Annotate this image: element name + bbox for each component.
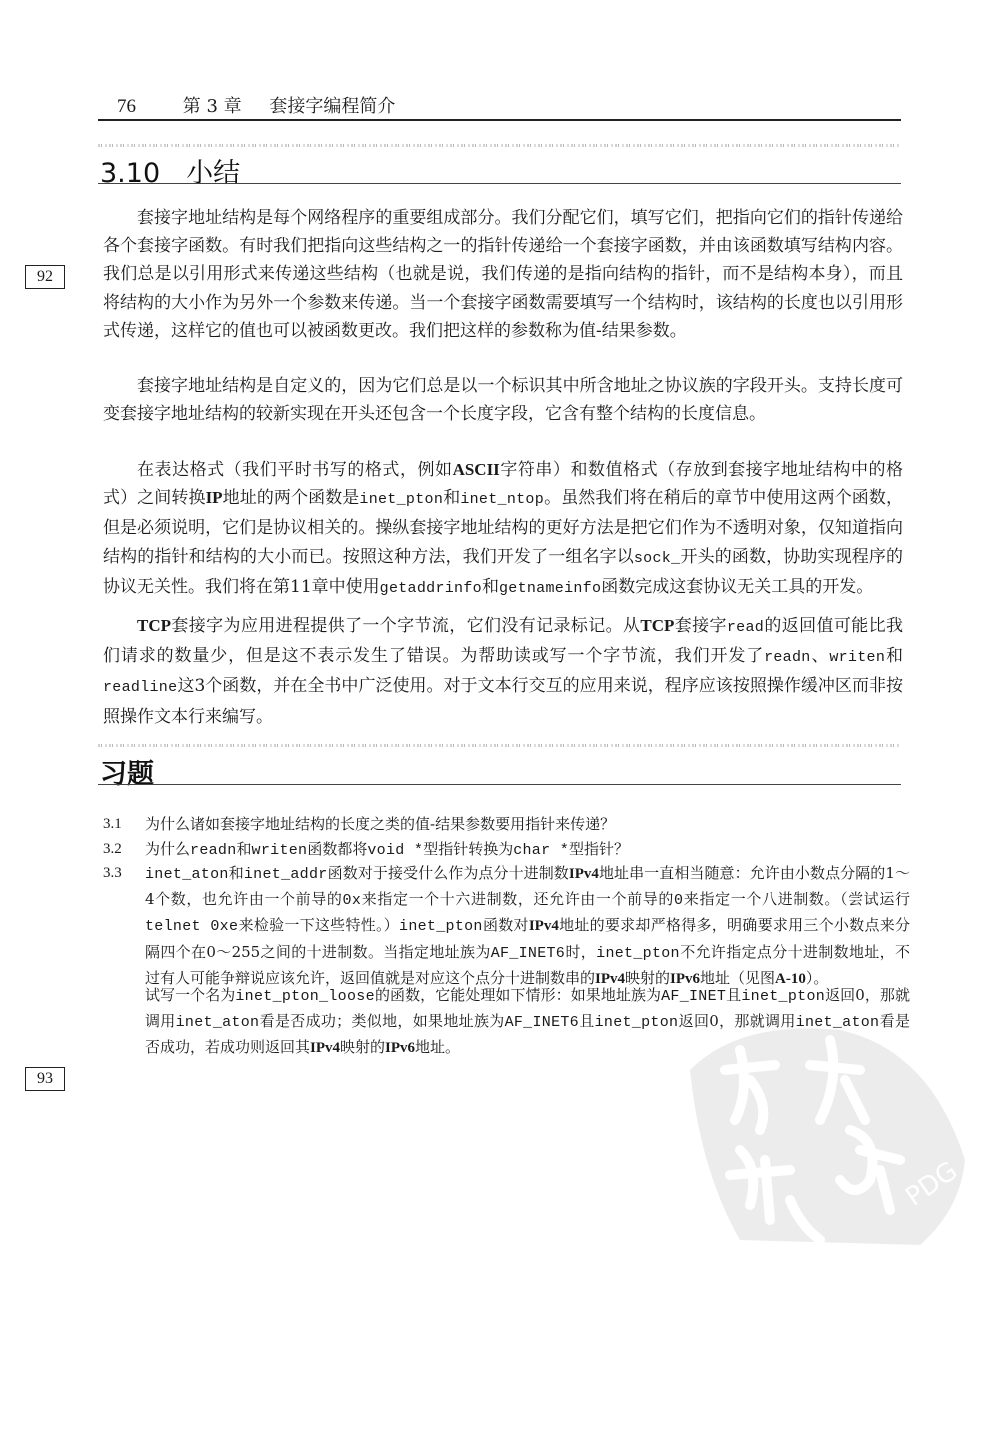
code-identifier: inet_aton xyxy=(796,1014,880,1031)
code-identifier: inet_pton xyxy=(741,988,825,1005)
latin-term: TCP xyxy=(640,616,674,635)
code-identifier: inet_ntop xyxy=(460,491,544,508)
text-run: 看是否成功；类似地，如果地址族为 xyxy=(259,1012,504,1030)
text-run: 为什么 xyxy=(145,840,190,858)
code-identifier: inet_pton xyxy=(595,1014,679,1031)
chapter-label: 第 3 章 xyxy=(183,92,242,118)
code-identifier: readn xyxy=(764,649,811,666)
text-run: 函数对于接受什么作为点分十进制数 xyxy=(328,864,569,882)
code-identifier: telnet 0xe xyxy=(145,918,238,935)
section-rule xyxy=(98,784,901,785)
exercise-text: 为什么readn和writen函数都将void *型指针转换为char *型指针… xyxy=(145,837,910,863)
text-run: 套接字 xyxy=(674,616,726,636)
latin-term: IPv4 xyxy=(529,918,559,934)
text-run: 套接字地址结构是每个网络程序的重要组成部分。我们分配它们，填写它们，把指向它们的… xyxy=(103,208,903,341)
text-run: 映射的 xyxy=(340,1038,385,1056)
text-run: 来检验一下这些特性。） xyxy=(238,916,399,934)
code-identifier: AF_INET6 xyxy=(491,945,565,962)
code-identifier: void * xyxy=(367,842,423,859)
text-run: 且 xyxy=(726,986,741,1004)
text-run: 和 xyxy=(237,840,252,858)
exercise-text: inet_aton和inet_addr函数对于接受什么作为点分十进制数IPv4地… xyxy=(145,861,910,991)
exercises-heading: 习题 xyxy=(100,752,154,791)
text-run: 和 xyxy=(443,488,460,508)
code-identifier: inet_pton_loose xyxy=(235,988,375,1005)
text-run: 地址。 xyxy=(415,1038,460,1056)
text-run: 这3个函数，并在全书中广泛使用。对于文本行交互的应用来说，程序应该按照操作缓冲区… xyxy=(103,676,903,726)
text-run: 在表达格式（我们平时书写的格式，例如 xyxy=(137,460,453,480)
exercise-number: 3.3 xyxy=(103,861,122,885)
watermark-label: PDG xyxy=(900,1156,963,1213)
section-rule xyxy=(98,183,901,184)
code-identifier: inet_aton xyxy=(145,866,229,883)
chapter-title: 套接字编程简介 xyxy=(269,96,395,117)
code-identifier: inet_pton xyxy=(399,918,483,935)
latin-term: IPv6 xyxy=(385,1040,415,1056)
latin-term: IP xyxy=(206,488,223,507)
text-run: 时， xyxy=(565,943,596,961)
latin-term: TCP xyxy=(137,616,171,635)
code-identifier: writen xyxy=(829,649,885,666)
text-run: 试写一个名为 xyxy=(145,986,235,1004)
code-identifier: inet_addr xyxy=(244,866,328,883)
text-run: 、 xyxy=(811,646,830,666)
text-run: 返回0，那就调用 xyxy=(678,1012,795,1030)
summary-paragraph: 套接字地址结构是每个网络程序的重要组成部分。我们分配它们，填写它们，把指向它们的… xyxy=(103,204,903,345)
exercise-continuation: 试写一个名为inet_pton_loose的函数，它能处理如下情形：如果地址族为… xyxy=(145,983,910,1061)
section-heading: 3.10小结 xyxy=(100,151,240,190)
text-run: 函数完成这套协议无关工具的开发。 xyxy=(601,577,873,597)
text-run: 型指针？ xyxy=(569,840,629,858)
code-identifier: AF_INET xyxy=(661,988,726,1005)
text-run: 和 xyxy=(885,646,903,666)
latin-term: ASCII xyxy=(453,460,500,479)
code-identifier: inet_pton xyxy=(359,491,443,508)
latin-term: IPv4 xyxy=(310,1040,340,1056)
latin-term: IPv4 xyxy=(569,866,599,882)
section-divider xyxy=(98,744,901,747)
text-run: 且 xyxy=(579,1012,595,1030)
code-identifier: getnameinfo xyxy=(499,580,601,597)
text-run: 函数都将 xyxy=(307,840,367,858)
code-identifier: readline xyxy=(103,679,177,696)
summary-paragraph: 套接字地址结构是自定义的，因为它们总是以一个标识其中所含地址之协议族的字段开头。… xyxy=(103,372,903,428)
text-run: 地址的两个函数是 xyxy=(223,488,360,508)
section-number: 3.10 xyxy=(100,158,160,189)
code-identifier: readn xyxy=(190,842,237,859)
code-identifier: inet_aton xyxy=(176,1014,260,1031)
text-run: 套接字地址结构是自定义的，因为它们总是以一个标识其中所含地址之协议族的字段开头。… xyxy=(103,376,903,424)
running-head: 76 第 3 章 套接字编程简介 xyxy=(117,92,395,118)
section-title: 小结 xyxy=(186,158,240,189)
margin-page-ref: 93 xyxy=(25,1067,65,1091)
code-identifier: writen xyxy=(252,842,308,859)
text-run: 和 xyxy=(229,864,244,882)
summary-paragraph: TCP套接字为应用进程提供了一个字节流，它们没有记录标记。从TCP套接字read… xyxy=(103,612,903,731)
code-identifier: sock_ xyxy=(634,550,681,567)
page-number: 76 xyxy=(117,96,177,118)
code-identifier: inet_pton xyxy=(596,945,680,962)
text-run: 为什么诸如套接字地址结构的长度之类的值-结果参数要用指针来传递？ xyxy=(145,815,615,833)
exercise-number: 3.2 xyxy=(103,837,122,861)
header-rule xyxy=(98,119,901,121)
text-run: 的函数，它能处理如下情形：如果地址族为 xyxy=(375,986,661,1004)
code-identifier: getaddrinfo xyxy=(380,580,482,597)
text-run: 函数对 xyxy=(483,916,529,934)
section-divider xyxy=(98,144,901,147)
exercise-number: 3.1 xyxy=(103,812,122,836)
code-identifier: read xyxy=(727,619,764,636)
code-identifier: char * xyxy=(513,842,569,859)
text-run: 和 xyxy=(482,577,499,597)
text-run: 套接字为应用进程提供了一个字节流，它们没有记录标记。从 xyxy=(171,616,640,636)
text-run: 来指定一个十六进制数，还允许由一个前导的 xyxy=(361,890,674,908)
code-identifier: AF_INET6 xyxy=(505,1014,579,1031)
margin-page-ref: 92 xyxy=(25,265,65,289)
text-run: 型指针转换为 xyxy=(423,840,513,858)
code-identifier: 0x xyxy=(343,892,362,909)
text-run: 来指定一个八进制数。（尝试运行 xyxy=(683,890,910,908)
exercise-text: 为什么诸如套接字地址结构的长度之类的值-结果参数要用指针来传递？ xyxy=(145,812,910,836)
summary-paragraph: 在表达格式（我们平时书写的格式，例如ASCII字符串）和数值格式（存放到套接字地… xyxy=(103,456,903,603)
code-identifier: 0 xyxy=(674,892,683,909)
